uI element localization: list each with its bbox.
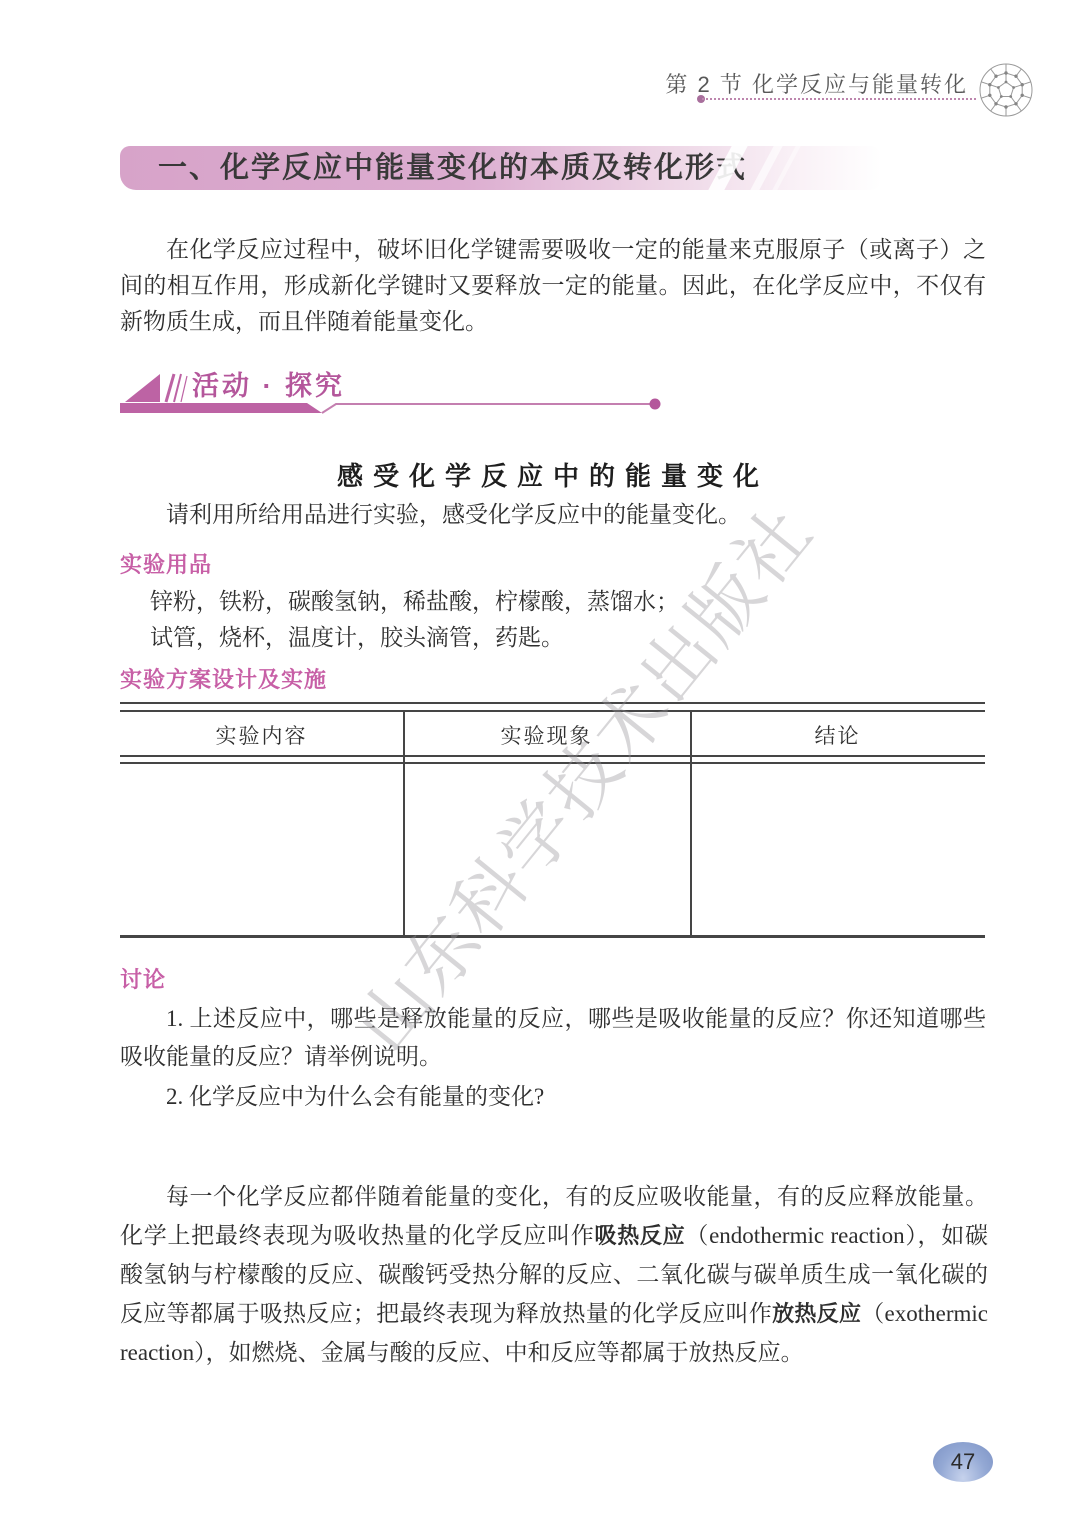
line-end-dot-icon [650, 399, 661, 410]
table-header-experiment-phenomenon: 实验现象 [403, 720, 690, 750]
supplies-chemicals: 锌粉，铁粉，碳酸氢钠，稀盐酸，柠檬酸，蒸馏水； [150, 583, 679, 616]
term-endothermic: 吸热反应 [594, 1223, 685, 1248]
experiment-table: 实验内容 实验现象 结论 [120, 702, 985, 938]
section-title-banner: 一、化学反应中能量变化的本质及转化形式 [120, 146, 882, 190]
plan-heading: 实验方案设计及实施 [120, 663, 327, 694]
table-rule [120, 702, 985, 704]
term-exothermic: 放热反应 [772, 1301, 861, 1326]
textbook-page: 第 2 节 化学反应与能量转化 一、化学反应中能量变化的本质及转化形式 [0, 0, 1080, 1527]
header-dotted-rule [702, 98, 976, 100]
activity-label: 活动 · 探究 [192, 370, 345, 402]
table-header-experiment-content: 实验内容 [120, 720, 403, 750]
supplies-heading: 实验用品 [120, 548, 212, 579]
table-header-conclusion: 结论 [690, 720, 985, 750]
chapter-header-title: 第 2 节 化学反应与能量转化 [665, 68, 968, 99]
table-rule [120, 935, 985, 938]
table-rule [120, 755, 985, 757]
experiment-instruction: 请利用所给用品进行实验，感受化学反应中的能量变化。 [120, 497, 986, 533]
activity-banner: 活动 · 探究 [120, 370, 670, 420]
table-rule [120, 762, 985, 764]
discussion-heading: 讨论 [120, 963, 166, 994]
experiment-title: 感受化学反应中的能量变化 [120, 456, 986, 493]
discussion-question-1: 1. 上述反应中，哪些是释放能量的反应，哪些是吸收能量的反应？你还知道哪些吸收能… [120, 1000, 986, 1076]
table-rule [120, 710, 985, 712]
supplies-equipment: 试管，烧杯，温度计，胶头滴管，药匙。 [150, 619, 564, 652]
fullerene-molecule-icon [976, 60, 1036, 120]
page-number-badge: 47 [933, 1442, 993, 1482]
activity-triangle-icon [125, 374, 160, 402]
intro-paragraph: 在化学反应过程中，破坏旧化学键需要吸收一定的能量来克服原子（或离子）之间的相互作… [120, 232, 986, 340]
discussion-question-2: 2. 化学反应中为什么会有能量的变化? [120, 1079, 986, 1115]
summary-paragraph: 每一个化学反应都伴随着能量的变化，有的反应吸收能量，有的反应释放能量。化学上把最… [120, 1177, 988, 1372]
